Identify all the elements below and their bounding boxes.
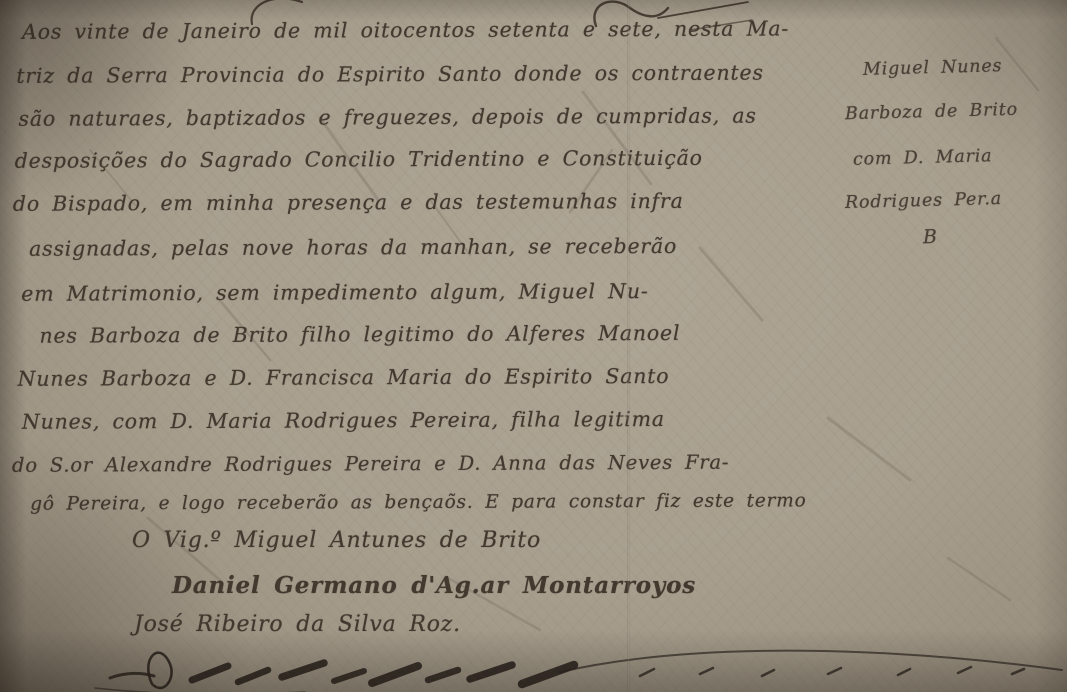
manuscript-line: Aos vinte de Janeiro de mil oitocentos s… — [22, 16, 789, 43]
margin-note-line: com D. Maria — [853, 146, 993, 170]
manuscript-line: são naturaes, baptizados e freguezes, de… — [18, 104, 756, 131]
signature-line-vicar: O Vig.º Miguel Antunes de Brito — [132, 528, 541, 553]
manuscript-line: assignadas, pelas nove horas da manhan, … — [29, 234, 677, 261]
signature-line-witness-2: José Ribeiro da Silva Roz. — [134, 612, 461, 637]
manuscript-line: do Bispado, em minha presença e das test… — [13, 189, 684, 216]
manuscript-page-photo: Aos vinte de Janeiro de mil oitocentos s… — [0, 0, 1067, 692]
signature-line-witness-1: Daniel Germano d'Ag.ar Montarroyos — [172, 572, 696, 599]
margin-note-line: Rodrigues Per.a — [845, 189, 1003, 213]
manuscript-body: Aos vinte de Janeiro de mil oitocentos s… — [0, 0, 850, 2]
rubric-initial: B — [923, 226, 938, 248]
manuscript-line: em Matrimonio, sem impedimento algum, Mi… — [21, 279, 648, 306]
manuscript-line: do S.or Alexandre Rodrigues Pereira e D.… — [12, 451, 729, 477]
margin-note-line: Miguel Nunes — [863, 56, 1003, 80]
manuscript-line: nes Barboza de Brito filho legitimo do A… — [39, 321, 680, 348]
manuscript-line: Nunes, com D. Maria Rodrigues Pereira, f… — [22, 407, 665, 434]
manuscript-line: gô Pereira, e logo receberão as bençaõs.… — [30, 490, 806, 514]
margin-note-line: Barboza de Brito — [845, 100, 1018, 125]
manuscript-line: desposições do Sagrado Concilio Tridenti… — [15, 146, 703, 173]
manuscript-line: Nunes Barboza e D. Francisca Maria do Es… — [18, 364, 670, 391]
bottom-cutoff-scrawl — [0, 632, 1067, 692]
manuscript-line: triz da Serra Provincia do Espirito Sant… — [16, 61, 764, 88]
